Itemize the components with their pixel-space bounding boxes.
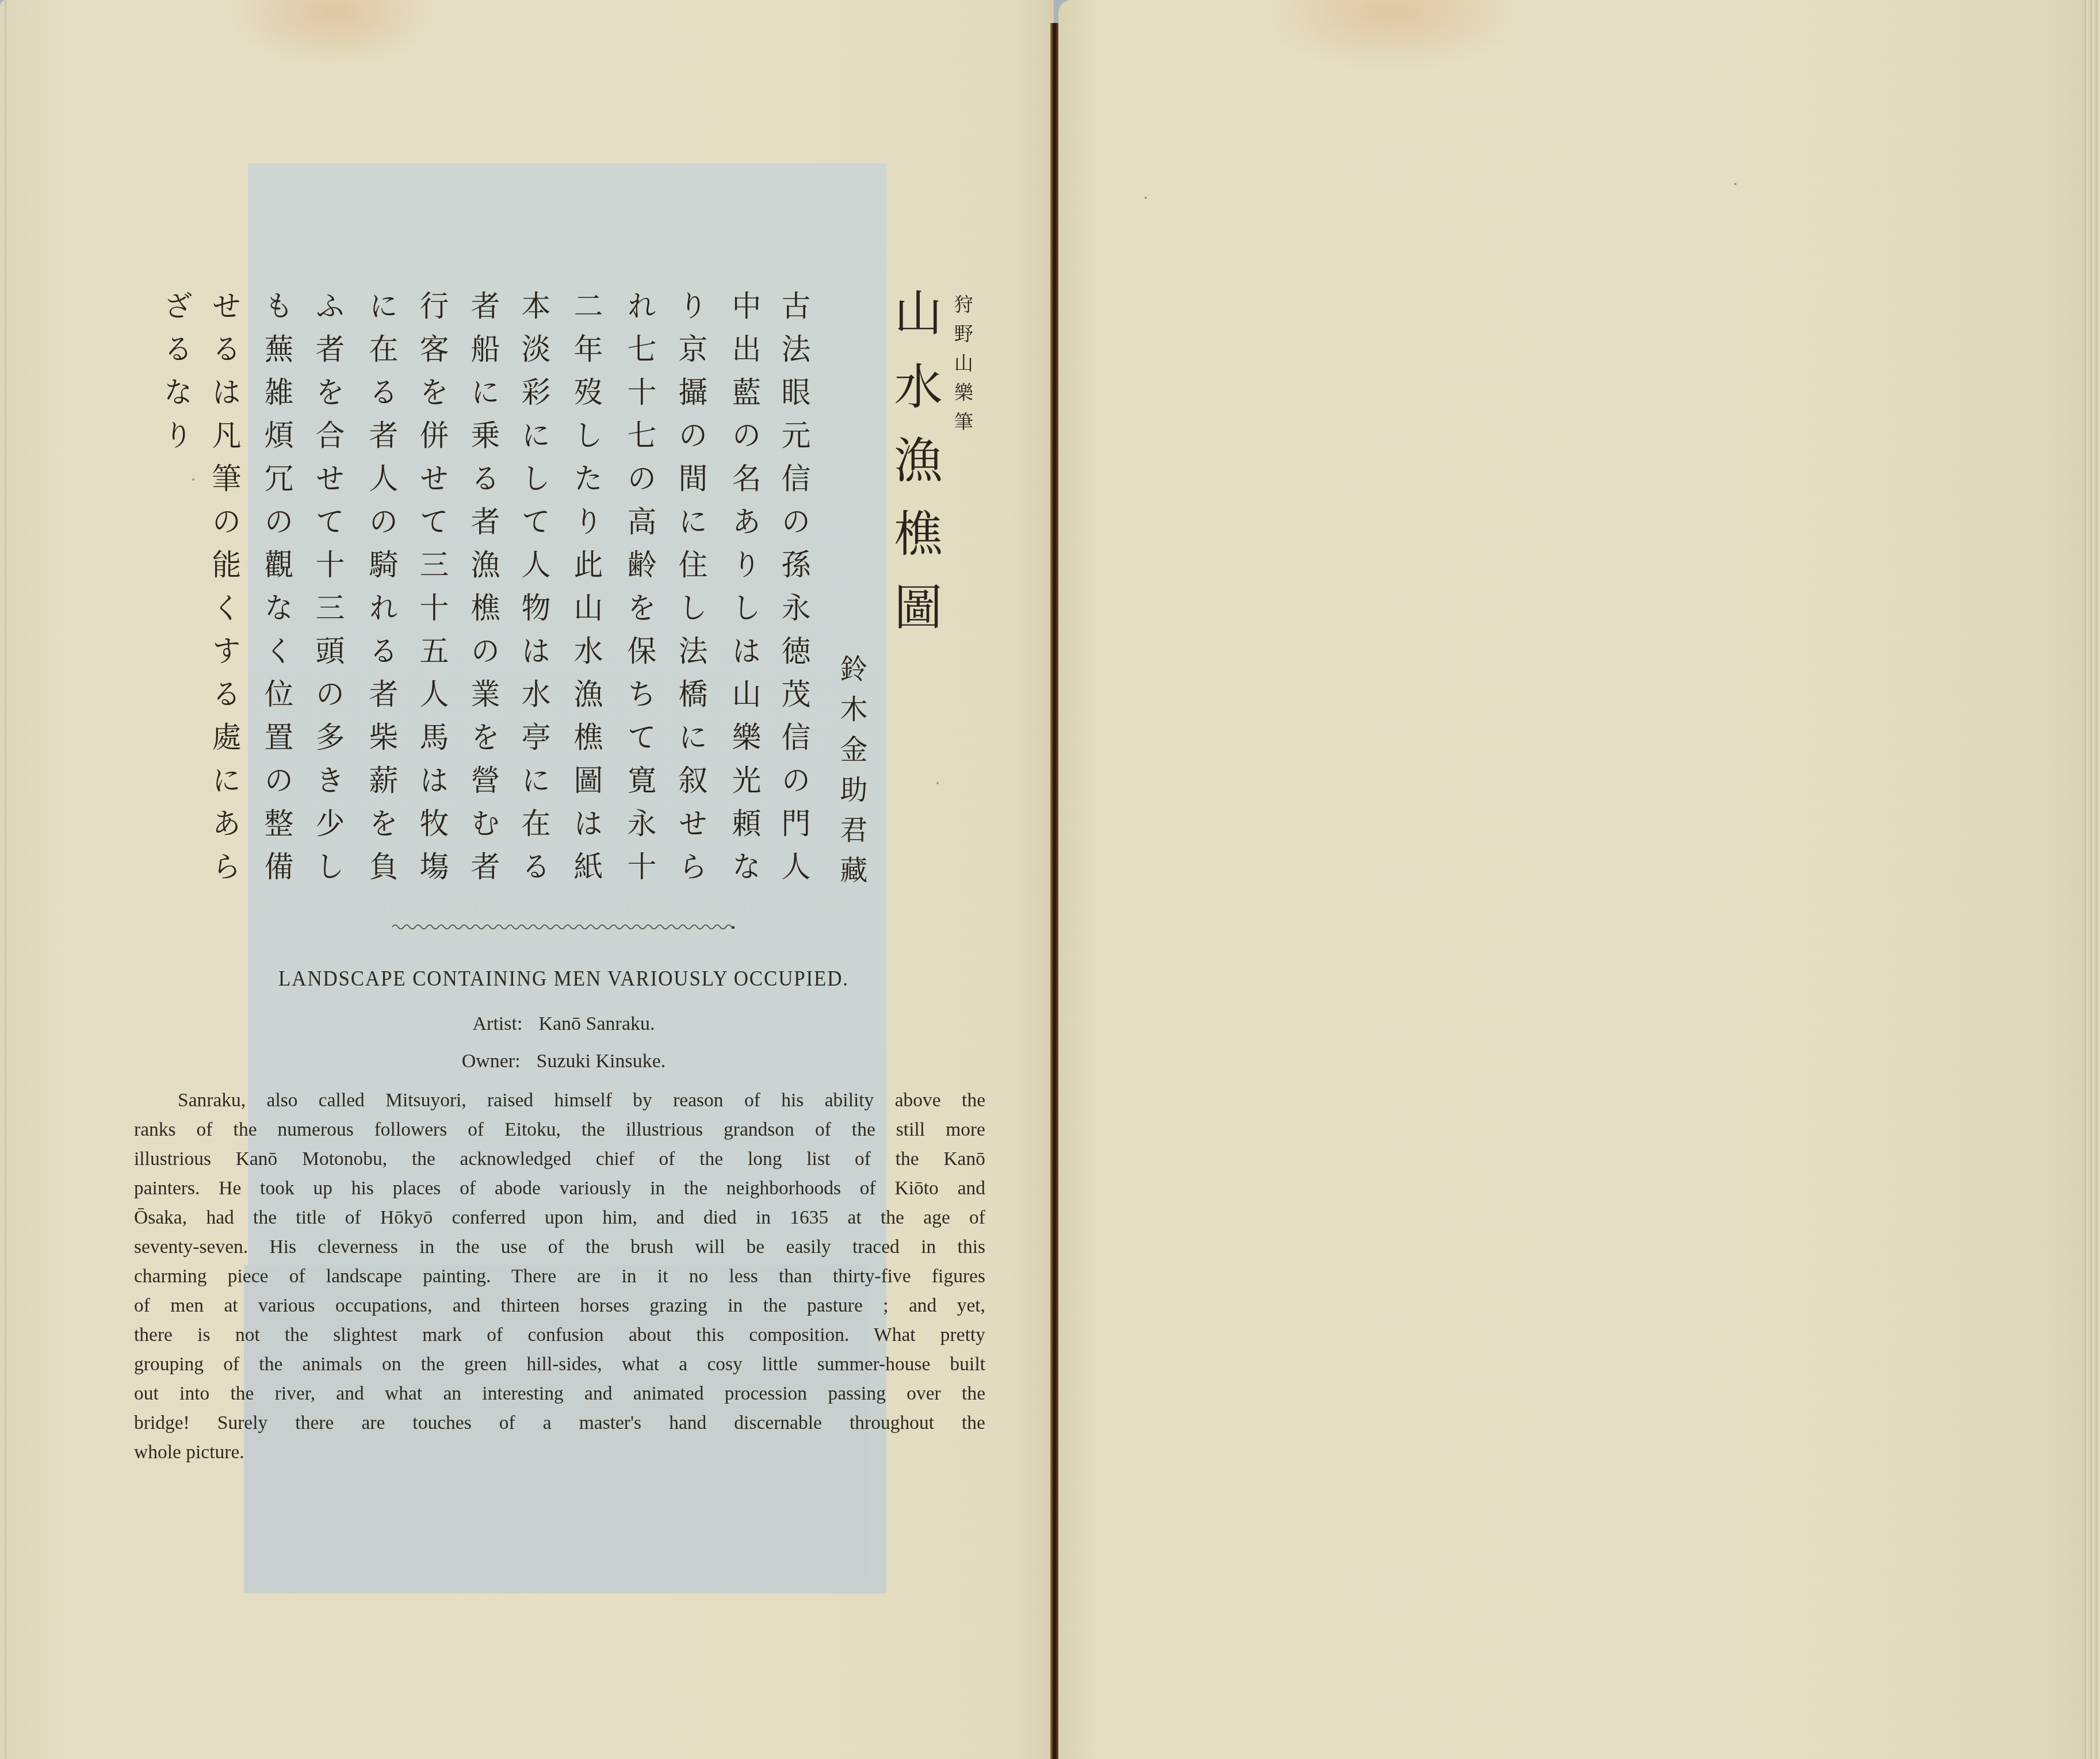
body-column-2: 中出藍の名ありしは山樂光頼な [729, 290, 758, 894]
english-title: LANDSCAPE CONTAINING MEN VARIOUSLY OCCUP… [262, 966, 866, 991]
book-spread: 狩野山樂筆 山水漁樵圖 鈴木金助君藏 古法眼元信の孫永徳茂信の門人 中出藍の名あ… [0, 0, 2100, 1759]
paragraph-line: Sanraku, also called Mitsuyori, raised h… [134, 1086, 985, 1115]
paper-speck [1145, 197, 1147, 199]
paragraph-line: bridge! Surely there are touches of a ma… [134, 1408, 985, 1438]
paragraph-line: seventy-seven. His cleverness in the use… [134, 1232, 985, 1262]
body-column-4: れ七十七の高齢を保ちて寛永十 [624, 290, 653, 894]
body-column-9: に在る者人の騎れる者柴薪を負 [366, 290, 395, 894]
body-column-12: せるは凡筆の能くする處にあら [209, 290, 238, 894]
body-column-10: ふ者を合せて十三頭の多き少し [312, 290, 342, 894]
page-edge-left [5, 0, 6, 1759]
wavy-rule-ornament [391, 922, 736, 932]
english-description-paragraph: Sanraku, also called Mitsuyori, raised h… [134, 1086, 985, 1467]
paragraph-line: whole picture. [134, 1438, 985, 1467]
paper-speck [192, 478, 194, 481]
owner-value: Suzuki Kinsuke. [537, 1051, 666, 1072]
artist-value: Kanō Sanraku. [538, 1013, 655, 1034]
page-title-jp: 山水漁樵圖 [890, 288, 939, 656]
artist-label: Artist: [473, 1013, 523, 1034]
body-column-8: 行客を併せて三十五人馬は牧塲 [416, 290, 446, 894]
owner-jp: 鈴木金助君藏 [837, 654, 865, 896]
body-column-7: 者船に乗る者漁樵の業を營む者 [468, 290, 497, 894]
paragraph-line: painters. He took up his places of abode… [134, 1174, 985, 1203]
body-column-6: 本淡彩にして人物は水亭に在る [518, 290, 548, 894]
paragraph-line: Ōsaka, had the title of Hōkyō conferred … [134, 1203, 985, 1232]
paragraph-line: out into the river, and what an interest… [134, 1379, 985, 1408]
body-column-13: ざるなり [160, 290, 190, 463]
body-column-11: も蕪雑煩冗の觀なく位置の整備 [261, 290, 290, 894]
paragraph-line: of men at various occupations, and thirt… [134, 1291, 985, 1320]
body-column-3: り京攝の間に住し法橋に叙せら [675, 290, 705, 894]
artist-attribution-jp: 狩野山樂筆 [953, 294, 972, 441]
artist-line: Artist:Kanō Sanraku. [236, 1013, 892, 1035]
paragraph-line: grouping of the animals on the green hil… [134, 1350, 985, 1379]
body-column-1: 古法眼元信の孫永徳茂信の門人 [778, 290, 808, 894]
book-gutter [1050, 23, 1058, 1759]
paragraph-line: there is not the slightest mark of confu… [134, 1320, 985, 1350]
paper-speck [936, 782, 939, 784]
page-edge-stack [2083, 0, 2100, 1759]
owner-line: Owner:Suzuki Kinsuke. [236, 1051, 892, 1072]
owner-label: Owner: [462, 1051, 521, 1072]
right-page [1058, 0, 2100, 1759]
paragraph-line: charming piece of landscape painting. Th… [134, 1262, 985, 1291]
body-column-5: 二年歿したり此山水漁樵圖は紙 [571, 290, 600, 894]
paragraph-line: illustrious Kanō Motonobu, the acknowled… [134, 1144, 985, 1174]
paragraph-line: ranks of the numerous followers of Eitok… [134, 1115, 985, 1144]
left-page: 狩野山樂筆 山水漁樵圖 鈴木金助君藏 古法眼元信の孫永徳茂信の門人 中出藍の名あ… [0, 0, 1054, 1759]
paper-speck [1734, 183, 1736, 185]
